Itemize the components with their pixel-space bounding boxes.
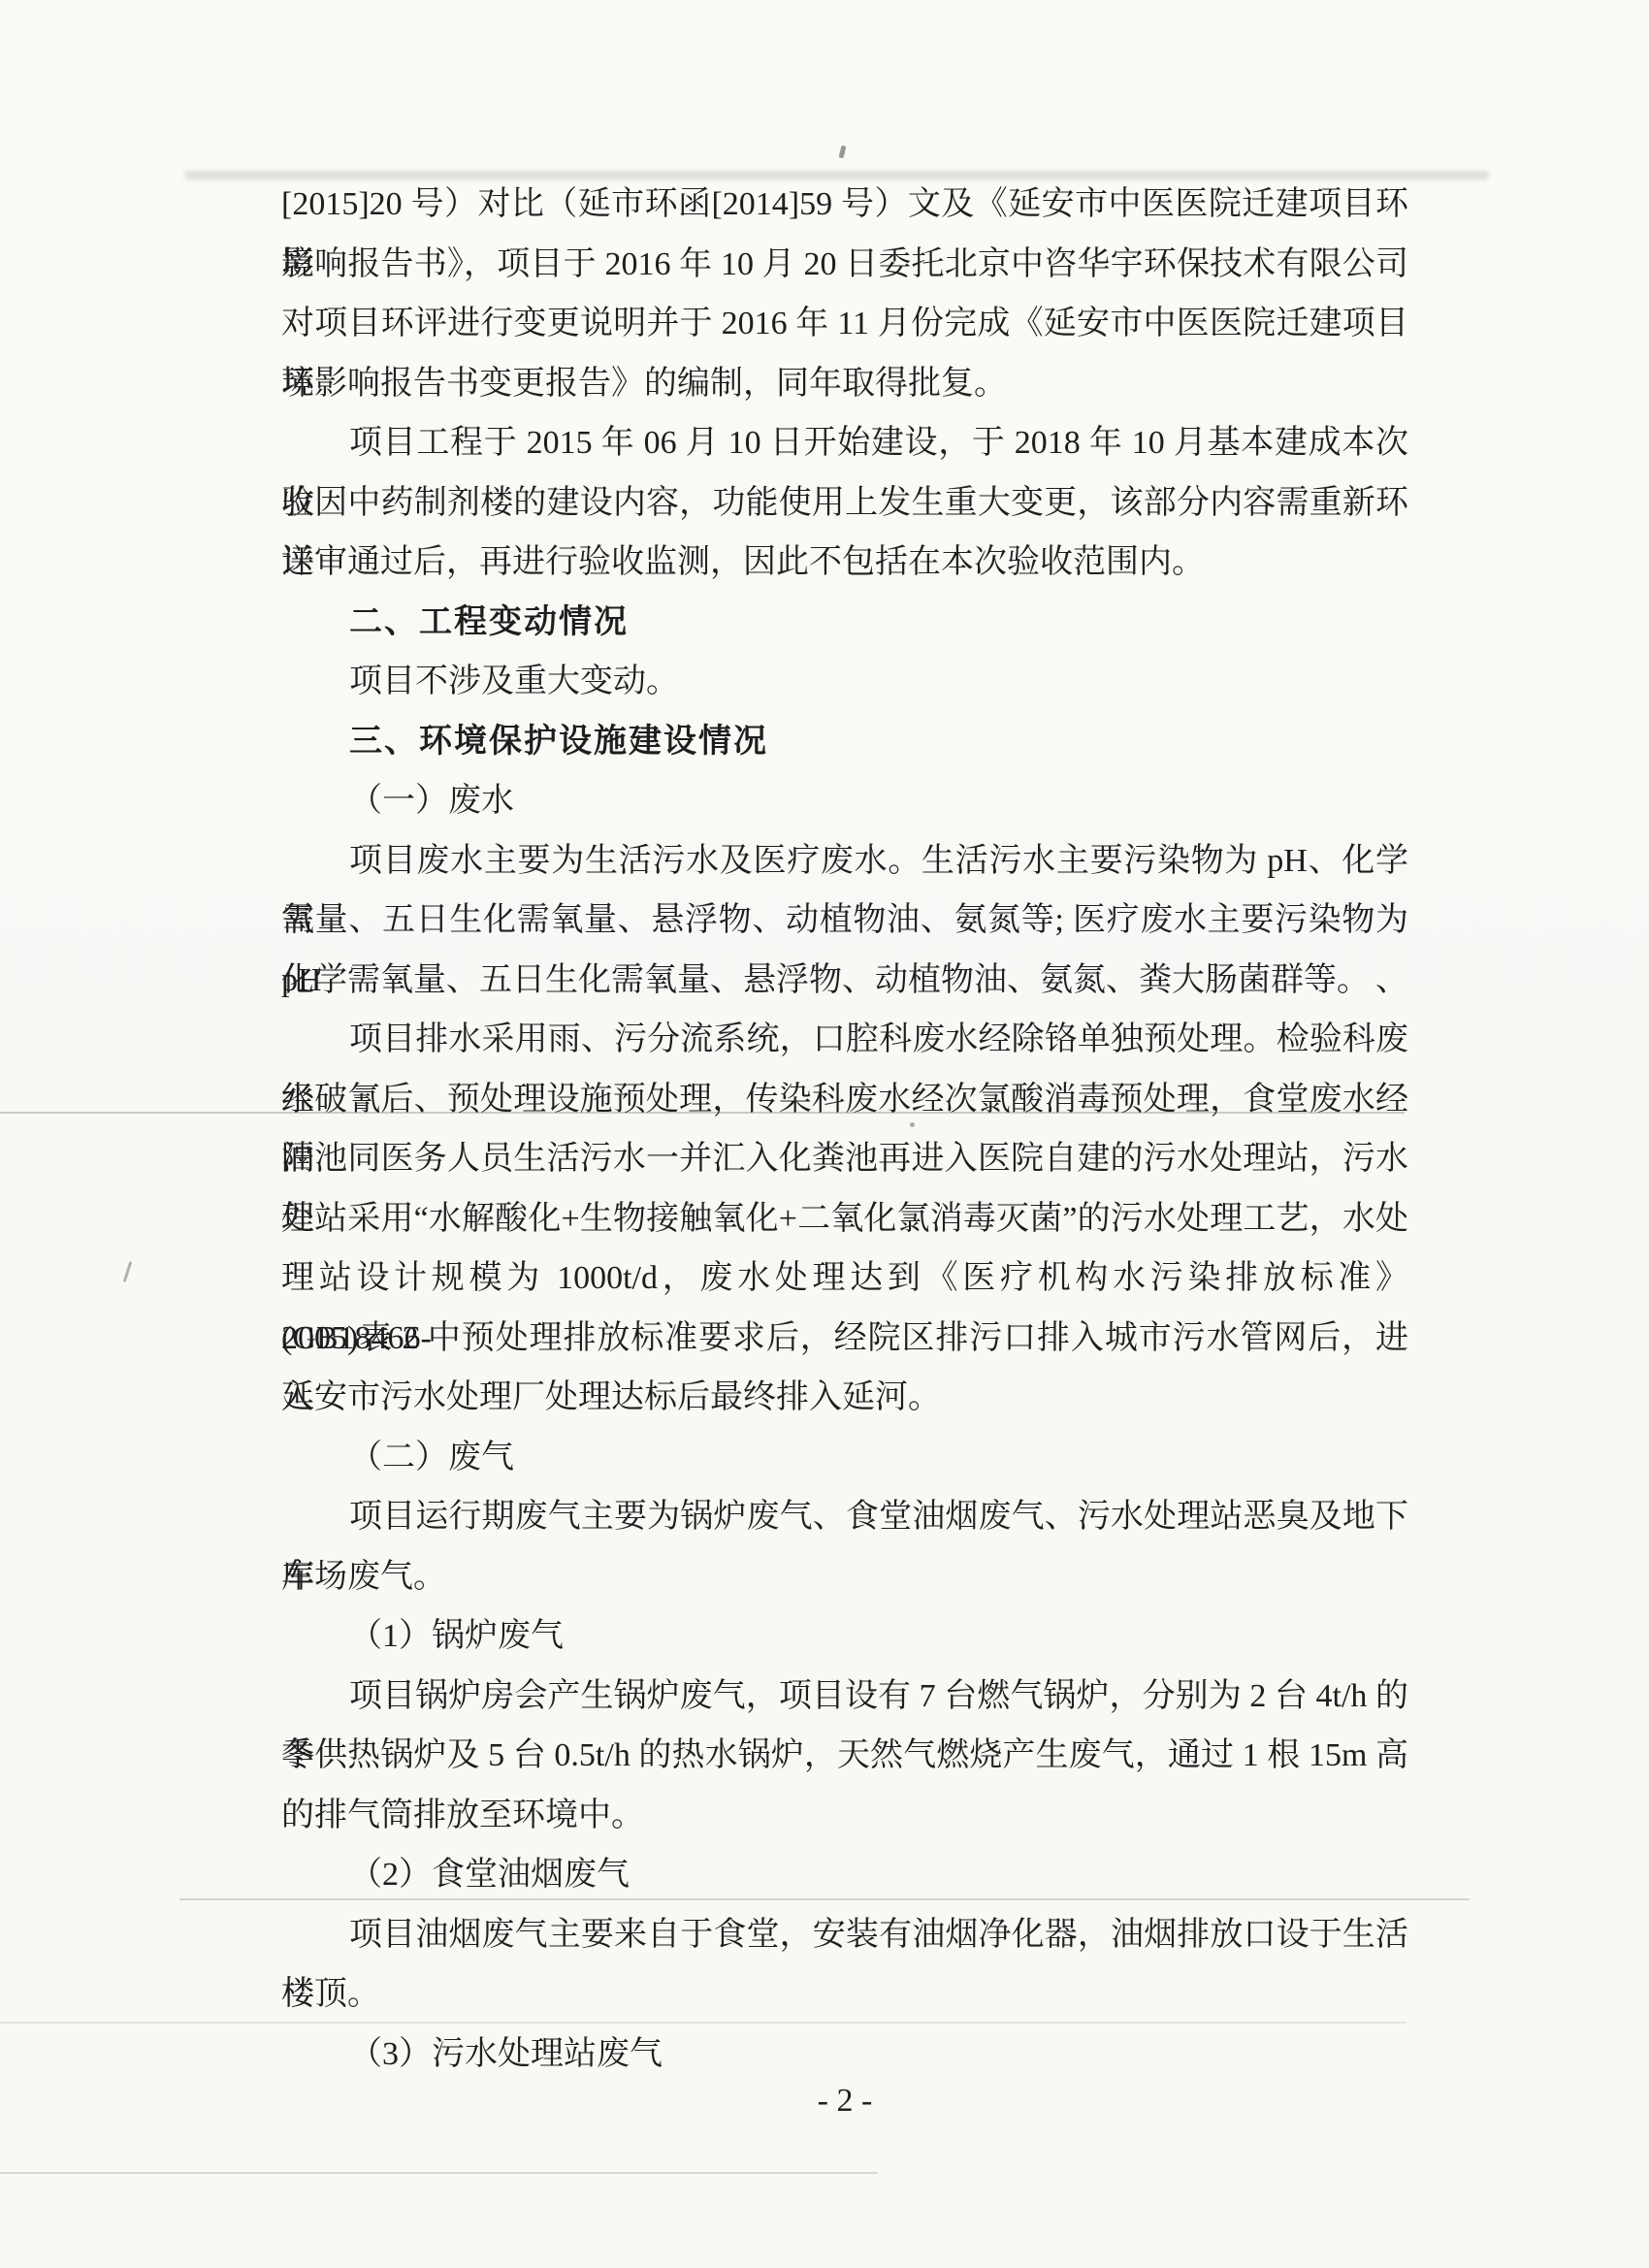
text-line: 库场废气。: [281, 1547, 1408, 1607]
text-line: 项目不涉及重大变动。: [281, 652, 1408, 712]
text-line: 项目锅炉房会产生锅炉废气，项目设有 7 台燃气锅炉，分别为 2 台 4t/h 的…: [281, 1667, 1408, 1727]
text-line: 项目运行期废气主要为锅炉废气、食堂油烟废气、污水处理站恶臭及地下车: [281, 1487, 1408, 1547]
page-number: - 2 -: [281, 2072, 1408, 2130]
text-line: 项目排水采用雨、污分流系统，口腔科废水经除铬单独预处理。检验科废水: [281, 1010, 1408, 1070]
text-line: 季供热锅炉及 5 台 0.5t/h 的热水锅炉，天然气燃烧产生废气，通过 1 根…: [281, 1726, 1408, 1786]
text-line: 延安市污水处理厂处理达标后最终排入延河。: [281, 1368, 1408, 1428]
text-line: 项目工程于 2015 年 06 月 10 日开始建设，于 2018 年 10 月…: [281, 413, 1408, 473]
text-line: 氧量、五日生化需氧量、悬浮物、动植物油、氨氮等; 医疗废水主要污染物为 pH、: [281, 891, 1408, 951]
text-line: 境影响报告书变更报告》的编制，同年取得批复。: [281, 354, 1408, 414]
text-line: 理站采用“水解酸化+生物接触氧化+二氧化氯消毒灭菌”的污水处理工艺，水处: [281, 1189, 1408, 1249]
scan-artifact-line: [0, 2172, 878, 2174]
scan-artifact-speck: [839, 146, 847, 159]
scanned-document-page: [2015]20 号）对比（延市环函[2014]59 号）文及《延安市中医医院迁…: [0, 0, 1649, 2268]
text-line: 对项目环评进行变更说明并于 2016 年 11 月份完成《延安市中医医院迁建项目…: [281, 294, 1408, 354]
text-line: 经破氰后、预处理设施预处理，传染科废水经次氯酸消毒预处理，食堂废水经隔: [281, 1070, 1408, 1130]
text-line: [2015]20 号）对比（延市环函[2014]59 号）文及《延安市中医医院迁…: [281, 175, 1408, 235]
subsection-heading: （2）食堂油烟废气: [281, 1845, 1408, 1905]
section-heading: 二、工程变动情况: [281, 593, 1408, 653]
subsection-heading: （1）锅炉废气: [281, 1606, 1408, 1667]
text-line: 理站设计规模为 1000t/d，废水处理达到《医疗机构水污染排放标准》(GB18…: [281, 1248, 1408, 1309]
text-line: 影响报告书》，项目于 2016 年 10 月 20 日委托北京中咨华宇环保技术有…: [281, 235, 1408, 295]
text-line: 收因中药制剂楼的建设内容，功能使用上发生重大变更，该部分内容需重新环评: [281, 473, 1408, 534]
text-block: [2015]20 号）对比（延市环函[2014]59 号）文及《延安市中医医院迁…: [281, 175, 1408, 2084]
text-line: 的排气筒排放至环境中。: [281, 1786, 1408, 1846]
text-line: 油池同医务人员生活污水一并汇入化粪池再进入医院自建的污水处理站，污水处: [281, 1129, 1408, 1189]
text-line: 2005)表 2 中预处理排放标准要求后，经院区排污口排入城市污水管网后，进入: [281, 1309, 1408, 1369]
text-line: 送审通过后，再进行验收监测，因此不包括在本次验收范围内。: [281, 533, 1408, 593]
scan-artifact-speck: [123, 1261, 133, 1282]
text-line: 项目废水主要为生活污水及医疗废水。生活污水主要污染物为 pH、化学需: [281, 831, 1408, 891]
section-heading: 三、环境保护设施建设情况: [281, 712, 1408, 772]
subsection-heading: （二）废气: [281, 1428, 1408, 1488]
text-line: 项目油烟废气主要来自于食堂，安装有油烟净化器，油烟排放口设于生活楼: [281, 1905, 1408, 1965]
text-line: 楼顶。: [281, 1964, 1408, 2025]
text-line: 化学需氧量、五日生化需氧量、悬浮物、动植物油、氨氮、粪大肠菌群等。: [281, 951, 1408, 1011]
subsection-heading: （一）废水: [281, 771, 1408, 831]
